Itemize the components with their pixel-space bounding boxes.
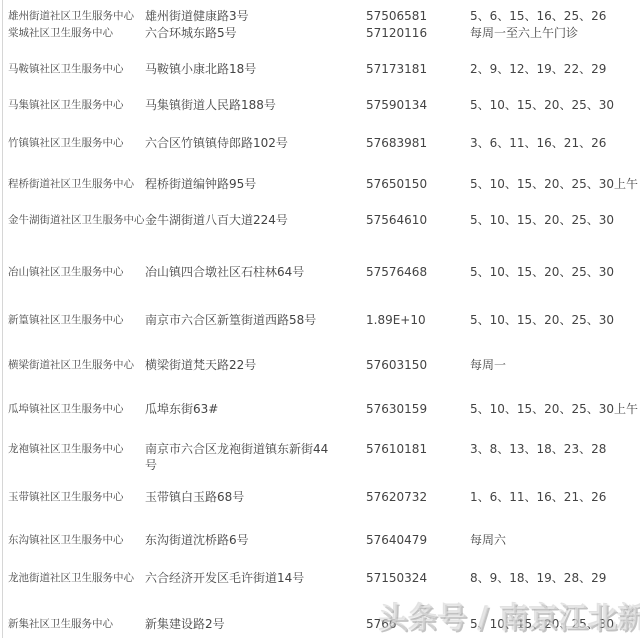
center-schedule: 5、10、15、20、25、30 xyxy=(470,312,640,328)
center-address: 南京市六合区新篁街道西路58号 xyxy=(145,312,331,328)
center-schedule: 5、10、15、20、25、30 xyxy=(470,97,640,113)
center-name: 新集社区卫生服务中心 xyxy=(8,616,145,632)
center-phone: 57610181 xyxy=(366,441,466,457)
table-left-border xyxy=(2,0,3,638)
center-name: 雄州街道社区卫生服务中心 xyxy=(8,8,145,24)
center-name: 金牛湖街道社区卫生服务中心 xyxy=(8,212,145,228)
center-address: 雄州街道健康路3号 xyxy=(145,8,331,24)
center-address: 六合区竹镇镇侍郎路102号 xyxy=(145,135,331,151)
center-phone: 57120116 xyxy=(366,25,466,41)
center-address: 横梁街道梵天路22号 xyxy=(145,357,331,373)
center-address: 马鞍镇小康北路18号 xyxy=(145,61,331,77)
center-phone: 57630159 xyxy=(366,401,466,417)
center-address: 新集建设路2号 xyxy=(145,616,331,632)
center-name: 马鞍镇社区卫生服务中心 xyxy=(8,61,145,77)
center-schedule: 每周一至六上午门诊 xyxy=(470,25,640,41)
center-address: 瓜埠东街63# xyxy=(145,401,331,417)
center-schedule: 3、8、13、18、23、28 xyxy=(470,441,640,457)
center-phone: 57590134 xyxy=(366,97,466,113)
center-schedule: 5、10、15、20、25、30上午 xyxy=(470,176,640,192)
center-address: 玉带镇白玉路68号 xyxy=(145,489,331,505)
health-centers-page: 雄州街道社区卫生服务中心雄州街道健康路3号575065815、6、15、16、2… xyxy=(0,0,640,638)
center-name: 竹镇镇社区卫生服务中心 xyxy=(8,135,145,151)
toutiao-watermark: 头条号 / 南京江北新区 xyxy=(379,596,640,637)
center-address: 金牛湖街道八百大道224号 xyxy=(145,212,331,228)
center-phone: 57620732 xyxy=(366,489,466,505)
center-address: 东沟街道沈桥路6号 xyxy=(145,532,331,548)
center-address: 南京市六合区龙袍街道镇东新街44号 xyxy=(145,441,331,473)
center-schedule: 5、10、15、20、25、30上午 xyxy=(470,401,640,417)
center-name: 冶山镇社区卫生服务中心 xyxy=(8,264,145,280)
center-phone: 57150324 xyxy=(366,570,466,586)
center-name: 龙袍镇社区卫生服务中心 xyxy=(8,441,145,457)
center-name: 新篁镇社区卫生服务中心 xyxy=(8,312,145,328)
center-address: 冶山镇四合墩社区石柱林64号 xyxy=(145,264,331,280)
center-phone: 1.89E+10 xyxy=(366,312,466,328)
center-phone: 57603150 xyxy=(366,357,466,373)
center-schedule: 1、6、11、16、21、26 xyxy=(470,489,640,505)
center-phone: 57173181 xyxy=(366,61,466,77)
center-phone: 57506581 xyxy=(366,8,466,24)
center-schedule: 8、9、18、19、28、29 xyxy=(470,570,640,586)
center-name: 龙池街道社区卫生服务中心 xyxy=(8,570,145,586)
center-address: 马集镇街道人民路188号 xyxy=(145,97,331,113)
center-schedule: 2、9、12、19、22、29 xyxy=(470,61,640,77)
center-schedule: 5、10、15、20、25、30 xyxy=(470,264,640,280)
center-schedule: 3、6、11、16、21、26 xyxy=(470,135,640,151)
center-schedule: 每周六 xyxy=(470,532,640,548)
center-phone: 57640479 xyxy=(366,532,466,548)
center-name: 东沟镇社区卫生服务中心 xyxy=(8,532,145,548)
center-address: 六合经济开发区毛许街道14号 xyxy=(145,570,331,586)
center-phone: 57576468 xyxy=(366,264,466,280)
center-name: 玉带镇社区卫生服务中心 xyxy=(8,489,145,505)
center-name: 横梁街道社区卫生服务中心 xyxy=(8,357,145,373)
center-schedule: 每周一 xyxy=(470,357,640,373)
center-name: 程桥街道社区卫生服务中心 xyxy=(8,176,145,192)
center-schedule: 5、10、15、20、25、30 xyxy=(470,212,640,228)
center-name: 棠城社区卫生服务中心 xyxy=(8,25,145,41)
center-address: 程桥街道编钟路95号 xyxy=(145,176,331,192)
center-phone: 57683981 xyxy=(366,135,466,151)
center-schedule: 5、6、15、16、25、26 xyxy=(470,8,640,24)
center-phone: 57564610 xyxy=(366,212,466,228)
center-name: 瓜埠镇社区卫生服务中心 xyxy=(8,401,145,417)
center-address: 六合环城东路5号 xyxy=(145,25,331,41)
center-phone: 57650150 xyxy=(366,176,466,192)
center-name: 马集镇社区卫生服务中心 xyxy=(8,97,145,113)
